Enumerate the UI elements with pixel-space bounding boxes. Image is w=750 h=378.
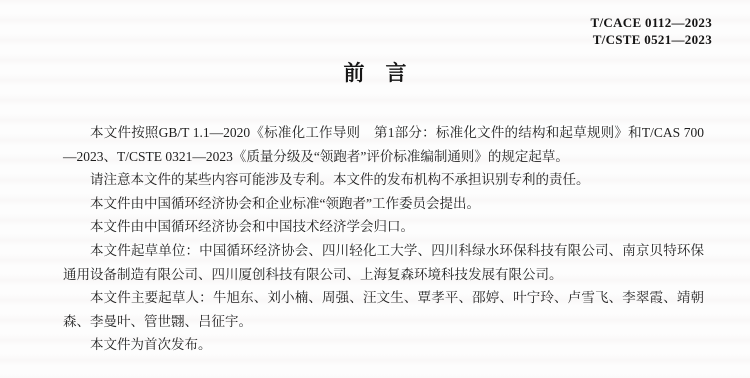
paragraph-proposed-by: 本文件由中国循环经济协会和企业标准“领跑者”工作委员会提出。 — [63, 192, 704, 216]
paragraph-main-drafters: 本文件主要起草人：牛旭东、刘小楠、周强、汪文生、覃孝平、邵婷、叶宁玲、卢雪飞、李… — [63, 286, 704, 333]
document-page: T/CACE 0112—2023 T/CSTE 0521—2023 前 言 本文… — [0, 0, 750, 378]
paragraph-centralized-by: 本文件由中国循环经济协会和中国技术经济学会归口。 — [63, 215, 704, 239]
page-title: 前 言 — [0, 57, 750, 87]
doc-code-cace: T/CACE 0112—2023 — [591, 15, 712, 32]
paragraph-patent-notice: 请注意本文件的某些内容可能涉及专利。本文件的发布机构不承担识别专利的责任。 — [63, 168, 704, 192]
paragraph-drafting-basis: 本文件按照GB/T 1.1—2020《标准化工作导则 第1部分：标准化文件的结构… — [63, 121, 704, 168]
paragraph-drafting-organizations: 本文件起草单位：中国循环经济协会、四川轻化工大学、四川科绿水环保科技有限公司、南… — [63, 239, 704, 286]
foreword-body: 本文件按照GB/T 1.1—2020《标准化工作导则 第1部分：标准化文件的结构… — [63, 121, 704, 357]
paragraph-first-publication: 本文件为首次发布。 — [63, 333, 704, 357]
doc-code-block: T/CACE 0112—2023 T/CSTE 0521—2023 — [591, 15, 712, 48]
doc-code-cste: T/CSTE 0521—2023 — [591, 32, 712, 49]
